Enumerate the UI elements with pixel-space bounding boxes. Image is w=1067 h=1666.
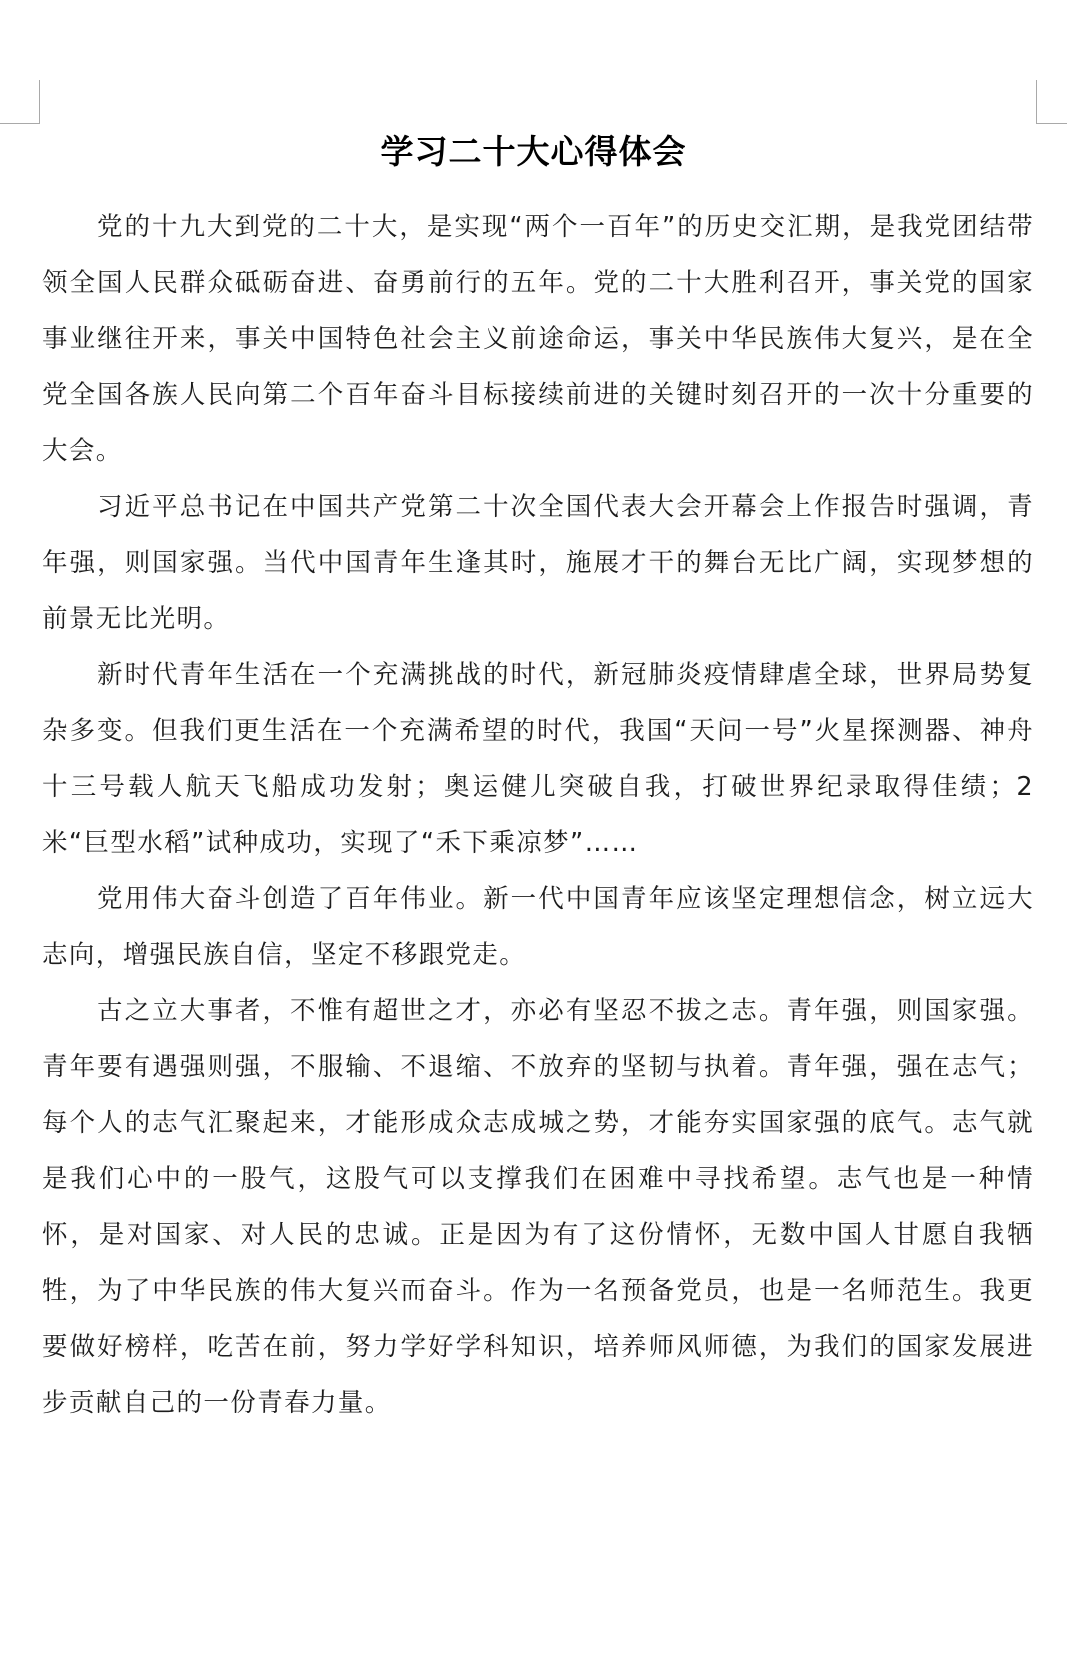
page-corner-mark-top-right xyxy=(1036,80,1067,124)
paragraph-1: 党的十九大到党的二十大，是实现“两个一百年”的历史交汇期，是我党团结带领全国人民… xyxy=(42,199,1034,479)
paragraph-3: 新时代青年生活在一个充满挑战的时代，新冠肺炎疫情肆虐全球，世界局势复杂多变。但我… xyxy=(42,647,1034,871)
paragraph-5: 古之立大事者，不惟有超世之才，亦必有坚忍不拔之志。青年强，则国家强。青年要有遇强… xyxy=(42,983,1034,1431)
document-title: 学习二十大心得体会 xyxy=(0,130,1067,174)
paragraph-4: 党用伟大奋斗创造了百年伟业。新一代中国青年应该坚定理想信念，树立远大志向，增强民… xyxy=(42,871,1034,983)
page-corner-mark-top-left xyxy=(0,80,40,124)
paragraph-2: 习近平总书记在中国共产党第二十次全国代表大会开幕会上作报告时强调，青年强，则国家… xyxy=(42,479,1034,647)
document-body[interactable]: 党的十九大到党的二十大，是实现“两个一百年”的历史交汇期，是我党团结带领全国人民… xyxy=(42,199,1034,1431)
